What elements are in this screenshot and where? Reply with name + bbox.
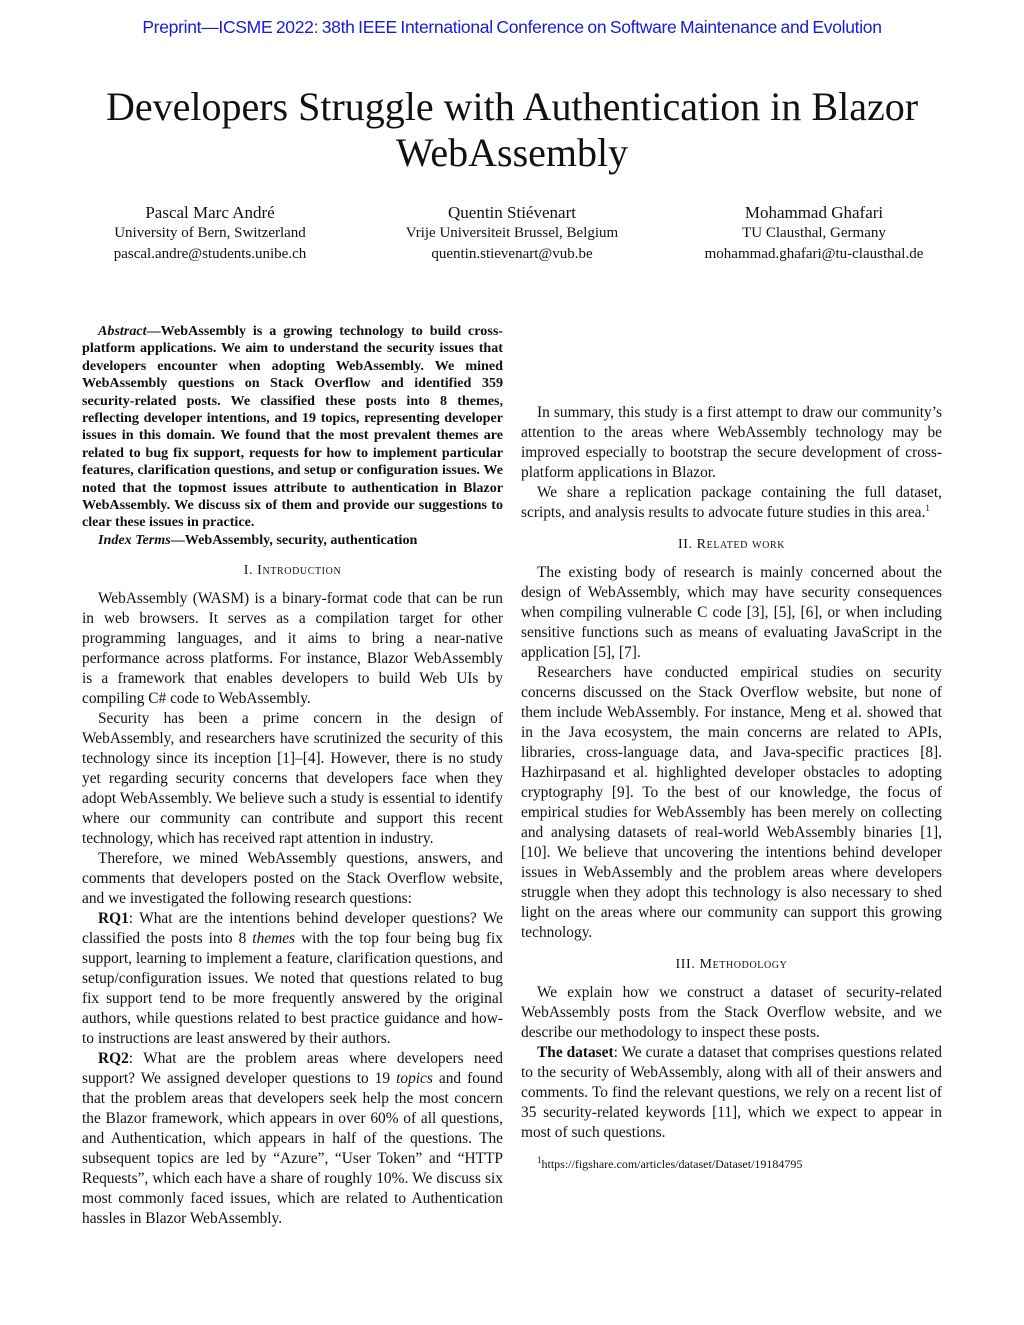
author-email[interactable]: pascal.andre@students.unibe.ch bbox=[60, 244, 360, 265]
paragraph: We explain how we construct a dataset of… bbox=[521, 983, 942, 1043]
author-3: Mohammad Ghafari TU Clausthal, Germany m… bbox=[664, 202, 964, 265]
rq1-text: with the top four being bug fix support,… bbox=[82, 930, 503, 1047]
title-line-2: WebAssembly bbox=[60, 130, 964, 176]
rq2-emphasis: topics bbox=[396, 1070, 433, 1087]
rq2-text: and found that the problem areas that de… bbox=[82, 1070, 503, 1227]
author-email[interactable]: quentin.stievenart@vub.be bbox=[362, 244, 662, 265]
index-terms-label: Index Terms bbox=[98, 532, 171, 548]
right-column: In summary, this study is a first attemp… bbox=[521, 323, 942, 1172]
author-affiliation: University of Bern, Switzerland bbox=[60, 223, 360, 244]
abstract-text: —WebAssembly is a growing technology to … bbox=[82, 323, 503, 530]
dataset-paragraph: The dataset: We curate a dataset that co… bbox=[521, 1043, 942, 1143]
rq2-paragraph: RQ2: What are the problem areas where de… bbox=[82, 1049, 503, 1229]
author-1: Pascal Marc André University of Bern, Sw… bbox=[60, 202, 360, 265]
dataset-label: The dataset bbox=[537, 1044, 614, 1061]
author-name: Pascal Marc André bbox=[60, 202, 360, 223]
author-name: Mohammad Ghafari bbox=[664, 202, 964, 223]
paragraph: In summary, this study is a first attemp… bbox=[521, 403, 942, 483]
rq2-label: RQ2 bbox=[98, 1050, 129, 1067]
author-affiliation: Vrije Universiteit Brussel, Belgium bbox=[362, 223, 662, 244]
paragraph: The existing body of research is mainly … bbox=[521, 563, 942, 663]
index-terms: Index Terms—WebAssembly, security, authe… bbox=[82, 532, 503, 549]
section-heading-methodology: III. Methodology bbox=[521, 955, 942, 975]
rq1-emphasis: themes bbox=[252, 930, 295, 947]
author-affiliation: TU Clausthal, Germany bbox=[664, 223, 964, 244]
footnote: 1https://figshare.com/articles/dataset/D… bbox=[521, 1157, 942, 1172]
paragraph-text: We share a replication package containin… bbox=[521, 484, 942, 521]
paragraph: Researchers have conducted empirical stu… bbox=[521, 663, 942, 943]
author-2: Quentin Stiévenart Vrije Universiteit Br… bbox=[362, 202, 662, 265]
preprint-header: Preprint—ICSME 2022: 38th IEEE Internati… bbox=[0, 17, 1024, 38]
footnote-ref[interactable]: 1 bbox=[925, 503, 930, 513]
abstract-label: Abstract bbox=[98, 323, 147, 339]
author-block: Pascal Marc André University of Bern, Sw… bbox=[60, 202, 964, 265]
author-name: Quentin Stiévenart bbox=[362, 202, 662, 223]
rq1-label: RQ1 bbox=[98, 910, 129, 927]
section-heading-introduction: I. Introduction bbox=[82, 561, 503, 581]
paragraph: We share a replication package containin… bbox=[521, 483, 942, 523]
index-terms-text: —WebAssembly, security, authentication bbox=[171, 532, 418, 548]
paragraph: Security has been a prime concern in the… bbox=[82, 709, 503, 849]
rq1-paragraph: RQ1: What are the intentions behind deve… bbox=[82, 909, 503, 1049]
section-heading-related-work: II. Related work bbox=[521, 535, 942, 555]
paper-title: Developers Struggle with Authentication … bbox=[60, 84, 964, 176]
abstract: Abstract—WebAssembly is a growing techno… bbox=[82, 323, 503, 532]
author-email[interactable]: mohammad.ghafari@tu-clausthal.de bbox=[664, 244, 964, 265]
paragraph: WebAssembly (WASM) is a binary-format co… bbox=[82, 589, 503, 709]
footnote-link[interactable]: https://figshare.com/articles/dataset/Da… bbox=[542, 1157, 803, 1171]
left-column: Abstract—WebAssembly is a growing techno… bbox=[82, 323, 503, 1229]
paragraph: Therefore, we mined WebAssembly question… bbox=[82, 849, 503, 909]
title-line-1: Developers Struggle with Authentication … bbox=[60, 84, 964, 130]
